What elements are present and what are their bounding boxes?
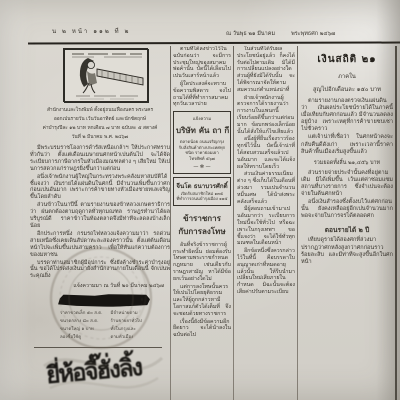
- ad-ornament: — ✻ —: [176, 164, 228, 170]
- imprint-line: ค่าบำรุงปีละ ๑๒ บาท หกเดือน ๗ บาท ฉบับละ…: [30, 124, 170, 133]
- column-3: ในส่วนที่ได้รับผลประโยชน์อยู่แล้ว ก็คงได…: [237, 46, 295, 400]
- column-4: เงินสถิติ ๒๑ ภาคใน สูญไปอีกเดือนละ ๑๕๐ บ…: [301, 46, 393, 400]
- ad-line: ตลาดน้อย ถนนเจริญกรุง: [176, 139, 228, 145]
- imprint-line: สำนักงานและโรงพิมพ์ ตั้งอยู่ถนนเฟื่องนคร…: [30, 106, 170, 115]
- article-paragraph: ตามรายงานกองตรวจเงินแผ่นดินว่า เงินผลประ…: [301, 98, 393, 133]
- price-line: ตามหัวเมือง: [111, 334, 142, 342]
- imprint-block: สำนักงานและโรงพิมพ์ ตั้งอยู่ถนนเฟื่องนคร…: [30, 106, 170, 142]
- signature-line: แจ้งความมา ณ วันที่ ๒๐ มีนาคม ๒๔๖๗: [30, 282, 164, 290]
- article-paragraph: มีผู้สอบถามเข้ามาเปนอันมากว่า ระเบียบการ…: [237, 206, 295, 247]
- ad-line: รับสั่งสินค้าต่างประเทศทุกชนิด ราคาย่อมเ…: [176, 145, 228, 156]
- brand-calligraphy: ยี่ห้อจี๊ฮั่งลิ้ง: [45, 345, 170, 395]
- article-paragraph: มีพระบรมราชโองการดำรัสเหนือเกล้าฯ ให้ประ…: [30, 145, 170, 173]
- price-line: ทั้งในกรุงและ: [111, 326, 142, 334]
- column4-heading: เงินสถิติ ๒๑: [301, 52, 393, 67]
- price-line: มีจำหน่ายตาม: [111, 310, 142, 318]
- ad-title: บริษัท คัน ถา กี: [176, 124, 228, 137]
- article-paragraph: ส่วนเงินค่าธรรมเนียมต่าง ๆ ซึ่งเก็บได้ใน…: [237, 171, 295, 205]
- article-paragraph: อนึ่งเจ้าพนักงานผู้ใหญ่ในกระทรวงพระคลังม…: [30, 174, 170, 202]
- column-divider-1: [170, 46, 171, 400]
- column4-region-label: ภาคใน: [301, 71, 393, 81]
- notice-lines: เปิดรับสมาชิกใหม่ ๑๓๕ที่ทำการถนนบำรุงเมื…: [176, 191, 228, 202]
- column3-body: ในส่วนที่ได้รับผลประโยชน์อยู่แล้ว ก็คงได…: [237, 46, 295, 296]
- column-divider-3: [297, 46, 298, 400]
- article-paragraph: ผู้ใดประสงค์จะทราบข้อความพิสดาร จงไปถามไ…: [173, 81, 231, 108]
- column-2: ตามที่ได้ลงข่าวไว้ในฉบับก่อนว่า จะมีการป…: [173, 46, 231, 400]
- top-rule: [28, 42, 400, 45]
- column4-body-c: เทียบดูรายได้สองศกที่ล่วงมา ปรากฏว่าศกหล…: [301, 237, 393, 265]
- article-paragraph: ฝ่ายเจ้าพนักงานผู้ตรวจการได้รายงานว่า กา…: [237, 95, 295, 136]
- price-line: ขนาดใหญ่ ๑ บาท: [60, 326, 103, 334]
- article-paragraph: ในส่วนที่ได้รับผลประโยชน์อยู่แล้ว ก็คงได…: [237, 46, 295, 94]
- newspaper-page: น ๒ หน้า ๑๑๒ ที่ ๒ ณ วันพุธ ๒๑ มีนาคม พร…: [0, 0, 400, 400]
- ad-kicker: แจ้งความ: [176, 115, 228, 122]
- advert-illustration-drawing: [64, 49, 149, 103]
- price-line: ลองซื้อใช้ดู: [60, 334, 103, 342]
- column-1: สำนักงานและโรงพิมพ์ ตั้งอยู่ถนนเฟื่องนคร…: [30, 46, 170, 400]
- inked-banner: [58, 294, 150, 308]
- article-paragraph: อันที่จริงข้าราชการผู้กระทำผิดนั้น ย่อมต…: [173, 242, 231, 283]
- page-edge-rule: [395, 46, 397, 400]
- article-heading-line1: ข้าราชการ: [173, 212, 231, 225]
- price-line: ร้านขายยาทั่วไป: [111, 318, 142, 326]
- advert-illustration: [63, 48, 148, 102]
- imprint-line: ออกเปนรายวัน เว้นวันอาทิตย์ และนักขัตฤกษ…: [30, 115, 170, 124]
- notice-title: จีนโต ธนาบวรศักดิ์: [176, 181, 228, 191]
- notice-box: จีนโต ธนาบวรศักดิ์ เปิดรับสมาชิกใหม่ ๑๓๕…: [173, 177, 231, 206]
- notice-line: ที่ทำการถนนบำรุงเมือง ๑๑๕: [176, 196, 228, 202]
- price-line: ขนาดกลาง ๘๐ ส.ต.: [60, 318, 103, 326]
- article-paragraph: อีกประการหนึ่ง กรมรถไฟหลวงแจ้งความมาว่า …: [30, 231, 170, 259]
- article-body: อันที่จริงข้าราชการผู้กระทำผิดนั้น ย่อมต…: [173, 242, 231, 339]
- dateline-era: พระพุทธศก ๒๔๖๗: [291, 30, 335, 38]
- article-paragraph: อีกข้อหนึ่งซึ่งควรกล่าวไว้ในที่นี้ คือบร…: [237, 248, 295, 296]
- article-paragraph: ส่วนข้าวในนาปีนี้ ตามรายงานของข้าหลวงเกษ…: [30, 202, 170, 230]
- article-paragraph: แต่เจ้าน่าที่เชื่อว่า ในศกหน้าคงจะกลับคื…: [301, 134, 393, 155]
- dateline: ณ วันพุธ ๒๑ มีนาคม พระพุทธศก ๒๔๖๗: [226, 30, 376, 38]
- article-paragraph: เทียบดูรายได้สองศกที่ล่วงมา ปรากฏว่าศกหล…: [301, 237, 393, 265]
- total-note: รวมยอดทั้งสิ้น ๒๑,๔๕๖ บาท: [301, 159, 393, 167]
- article-paragraph: ส่วนรายจ่ายประจำนั้นคงที่อยู่ตามเดิม มิไ…: [301, 170, 393, 198]
- ad-lines: ตลาดน้อย ถนนเจริญกรุงรับสั่งสินค้าต่างปร…: [176, 139, 228, 161]
- imprint-line: วันที่ ๒ มีนาคม พ.ศ. ๒๔๖๗: [30, 133, 170, 142]
- classified-ad-box: แจ้งความ บริษัท คัน ถา กี ตลาดน้อย ถนนเจ…: [173, 111, 231, 173]
- article-paragraph: แต่การลงโทษนั้นควรให้เปนไปโดยยุติธรรม แล…: [173, 284, 231, 318]
- lead-article-body: มีพระบรมราชโองการดำรัสเหนือเกล้าฯ ให้ประ…: [30, 145, 170, 280]
- column-divider-2: [233, 46, 234, 400]
- article-paragraph: อนึ่งเงินสำรองซึ่งตั้งงบไว้แต่ศกก่อนนั้น…: [301, 199, 393, 220]
- price-list-right: มีจำหน่ายตามร้านขายยาทั่วไปทั้งในกรุงและ…: [111, 310, 142, 342]
- article-paragraph: ตามที่ได้ลงข่าวไว้ในฉบับก่อนว่า จะมีการป…: [173, 46, 231, 80]
- column2-intro: ตามที่ได้ลงข่าวไว้ในฉบับก่อนว่า จะมีการป…: [173, 46, 231, 108]
- column4-body-a: ตามรายงานกองตรวจเงินแผ่นดินว่า เงินผลประ…: [301, 98, 393, 156]
- price-list-left: ราคาขวดเล็ก ๕๐ ส.ต.ขนาดกลาง ๘๐ ส.ต.ขนาดใ…: [60, 310, 103, 342]
- ad-line: โทรศัพท์ ๕๖๗: [176, 156, 228, 162]
- page-folio: น ๒ หน้า ๑๑๒ ที่ ๒: [52, 26, 131, 36]
- price-list-row: ราคาขวดเล็ก ๕๐ ส.ต.ขนาดกลาง ๘๐ ส.ต.ขนาดใ…: [60, 310, 170, 342]
- article-heading-line2: กับการลงโทษ: [173, 225, 231, 238]
- column4-body-b: ส่วนรายจ่ายประจำนั้นคงที่อยู่ตามเดิม มิไ…: [301, 170, 393, 221]
- price-line: ราคาขวดเล็ก ๕๐ ส.ต.: [60, 310, 103, 318]
- article-paragraph: เรื่องนี้ยังมีข้อความอีกยืดยาว จะได้นำลง…: [173, 319, 231, 339]
- article-paragraph: บรรดาท่านสมาชิกผู้มีอุปการะ ซึ่งยังค้างช…: [30, 260, 170, 281]
- article-paragraph: อนึ่งผู้ที่ยื่นเรื่องราวร้องทุกข์ไว้นั้น…: [237, 136, 295, 170]
- dateline-day: ณ วันพุธ ๒๑ มีนาคม: [226, 30, 275, 38]
- column4-loss-line: สูญไปอีกเดือนละ ๑๕๐ บาท: [301, 84, 393, 94]
- section-heading: ตอนรายได้ ๒ ปี: [301, 224, 393, 235]
